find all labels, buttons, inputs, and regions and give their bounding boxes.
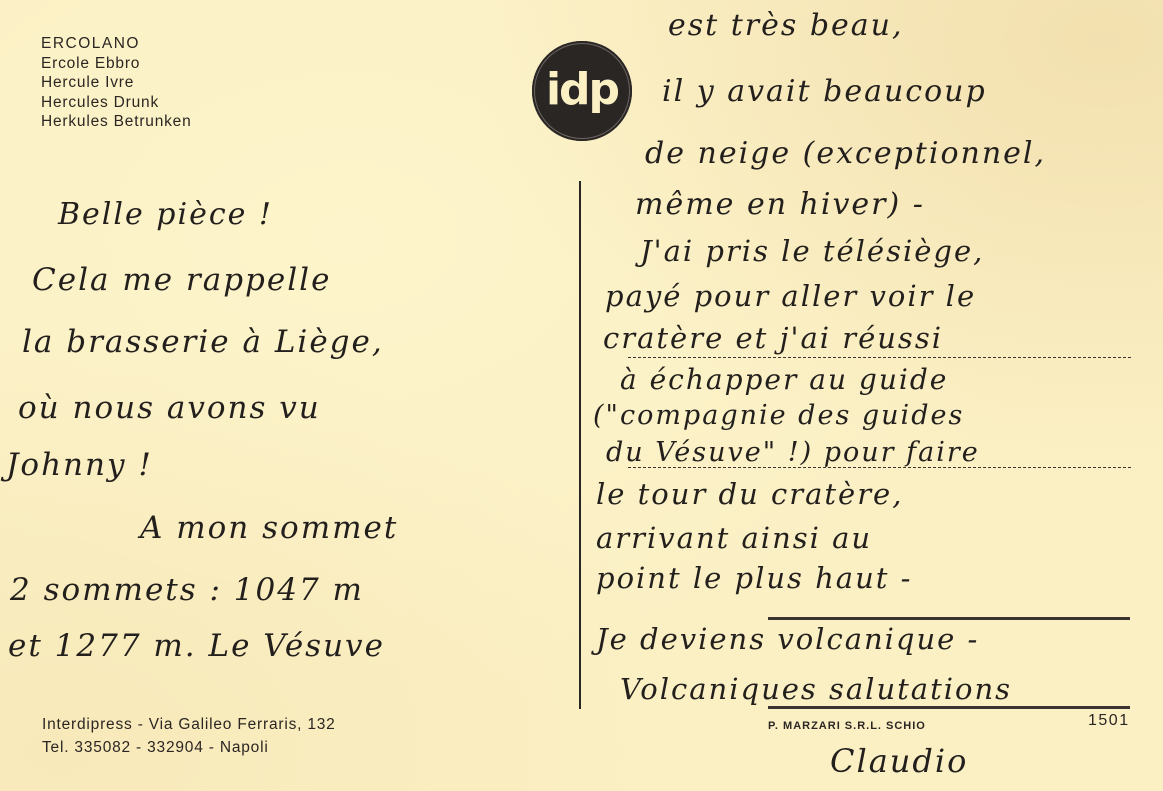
handwritten-line: Cela me rappelle: [32, 262, 331, 298]
postcard-caption: ERCOLANO Ercole Ebbro Hercule Ivre Hercu…: [41, 34, 192, 132]
caption-french: Hercule Ivre: [41, 73, 192, 93]
handwritten-line: J'ai pris le télésiège,: [640, 234, 984, 268]
handwritten-line: le tour du cratère,: [596, 477, 903, 511]
handwritten-line: Volcaniques salutations: [620, 672, 1012, 706]
address-line-dashed-1: [628, 357, 1131, 358]
handwritten-line: même en hiver) -: [635, 187, 925, 222]
handwritten-line: 2 sommets : 1047 m: [10, 572, 364, 608]
handwritten-line: de neige (exceptionnel,: [645, 136, 1046, 171]
card-serial-number: 1501: [1088, 712, 1130, 730]
handwritten-line: point le plus haut -: [596, 561, 912, 595]
handwritten-line: cratère et j'ai réussi: [603, 321, 943, 355]
vertical-divider: [579, 181, 581, 709]
postcard-back: ERCOLANO Ercole Ebbro Hercule Ivre Hercu…: [0, 0, 1163, 791]
address-line-solid-2: [768, 706, 1130, 709]
caption-italian: Ercole Ebbro: [41, 54, 192, 74]
caption-english: Hercules Drunk: [41, 93, 192, 113]
publisher-phone: Tel. 335082 - 332904 - Napoli: [42, 736, 336, 759]
address-line-solid-1: [768, 617, 1130, 620]
handwritten-line: Johnny !: [6, 447, 153, 483]
handwritten-line: A mon sommet: [140, 510, 398, 546]
handwritten-line: Je deviens volcanique -: [596, 622, 979, 656]
caption-german: Herkules Betrunken: [41, 112, 192, 132]
handwritten-line: payé pour aller voir le: [605, 279, 976, 313]
handwritten-line: arrivant ainsi au: [596, 521, 872, 555]
logo-text: idp: [546, 64, 618, 115]
handwritten-line: et 1277 m. Le Vésuve: [8, 628, 385, 664]
handwritten-line: est très beau,: [668, 8, 904, 43]
signature: Claudio: [830, 742, 968, 780]
idp-logo: idp: [532, 41, 632, 141]
handwritten-line: à échapper au guide: [620, 363, 948, 396]
handwritten-line: il y avait beaucoup: [662, 74, 987, 109]
handwritten-line: ("compagnie des guides: [593, 400, 964, 431]
publisher-info: Interdipress - Via Galileo Ferraris, 132…: [42, 713, 336, 759]
printer-credit: P. MARZARI S.R.L. SCHIO: [768, 720, 926, 732]
publisher-address: Interdipress - Via Galileo Ferraris, 132: [42, 713, 336, 736]
handwritten-line: du Vésuve" !) pour faire: [606, 437, 980, 468]
handwritten-line: la brasserie à Liège,: [22, 324, 384, 360]
handwritten-line: Belle pièce !: [58, 197, 273, 232]
handwritten-line: où nous avons vu: [18, 390, 321, 426]
caption-title: ERCOLANO: [41, 34, 192, 54]
